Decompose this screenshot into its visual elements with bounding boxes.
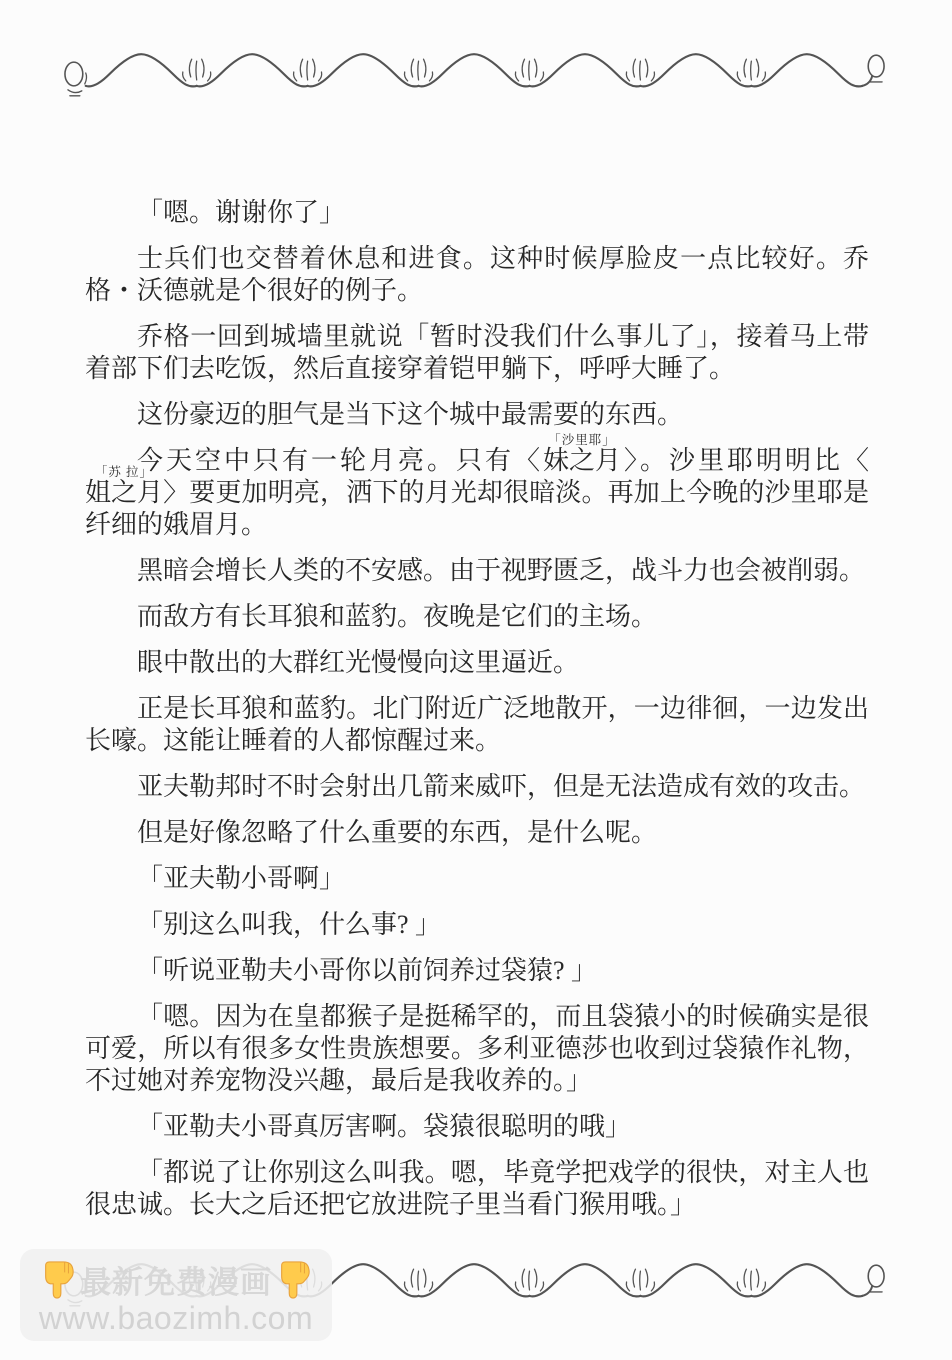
ruby-annotated-term: 「沙里耶」妹之月 <box>543 445 621 477</box>
paragraph-dialogue: 「听说亚勒夫小哥你以前饲养过袋猿? 」 <box>85 955 869 987</box>
ruby-base: 妹之月 <box>543 446 621 475</box>
paragraph-dialogue: 「都说了让你别这么叫我。嗯，毕竟学把戏学的很快，对主人也很忠诚。长大之后还把它放… <box>85 1157 869 1221</box>
text-segment: 〉。沙里耶明明比〈 <box>621 446 869 475</box>
pointing-down-icon <box>275 1259 313 1301</box>
paragraph-dialogue: 「嗯。因为在皇都猴子是挺稀罕的，而且袋猿小的时候确实是很可爱，所以有很多女性贵族… <box>85 1001 869 1097</box>
paragraph: 眼中散出的大群红光慢慢向这里逼近。 <box>85 647 869 679</box>
pointing-down-icon <box>39 1259 77 1301</box>
paragraph: 黑暗会增长人类的不安感。由于视野匮乏，战斗力也会被削弱。 <box>85 555 869 587</box>
paragraph-dialogue: 「别这么叫我，什么事? 」 <box>85 909 869 941</box>
paragraph: 乔格一回到城墙里就说「暂时没我们什么事儿了」，接着马上带着部下们去吃饭，然后直接… <box>85 321 869 385</box>
watermark-url[interactable]: www.baozimh.com <box>39 1302 313 1334</box>
paragraph: 正是长耳狼和蓝豹。北门附近广泛地散开，一边徘徊，一边发出长嚎。这能让睡着的人都惊… <box>85 693 869 757</box>
watermark-label: 最新免费漫画 <box>80 1257 272 1302</box>
paragraph: 「嗯。谢谢你了」 <box>85 197 869 229</box>
text-segment: 今天空中只有一轮月亮。只有〈 <box>137 446 543 475</box>
paragraph: 亚夫勒邦时不时会射出几箭来威吓，但是无法造成有效的攻击。 <box>85 771 869 803</box>
paragraph: 这份豪迈的胆气是当下这个城中最需要的东西。 <box>85 399 869 431</box>
top-flourish-divider <box>60 44 892 104</box>
paragraph-dialogue: 「亚勒夫小哥真厉害啊。袋猿很聪明的哦」 <box>85 1111 869 1143</box>
paragraph-moons: 今天空中只有一轮月亮。只有〈「沙里耶」妹之月〉。沙里耶明明比〈「苏 拉」姐之月〉… <box>85 445 869 541</box>
watermark-badge[interactable]: 最新免费漫画 www.baozimh.com <box>20 1249 332 1341</box>
paragraph: 士兵们也交替着休息和进食。这种时候厚脸皮一点比较好。乔格・沃德就是个很好的例子。 <box>85 243 869 307</box>
watermark-title-row: 最新免费漫画 <box>39 1259 313 1301</box>
paragraph-dialogue: 「亚夫勒小哥啊」 <box>85 863 869 895</box>
novel-page: 「嗯。谢谢你了」 士兵们也交替着休息和进食。这种时候厚脸皮一点比较好。乔格・沃德… <box>0 0 952 1360</box>
ruby-text: 「沙里耶」 <box>548 434 616 447</box>
text-segment: 〉要更加明亮，洒下的月光却很暗淡。再加上今晚的沙里耶是纤细的娥眉月。 <box>85 478 869 539</box>
paragraph: 但是好像忽略了什么重要的东西，是什么呢。 <box>85 817 869 849</box>
ruby-text: 「苏 拉」 <box>95 466 153 479</box>
paragraph: 而敌方有长耳狼和蓝豹。夜晚是它们的主场。 <box>85 601 869 633</box>
ruby-base: 姐之月 <box>85 478 163 507</box>
novel-text-block: 「嗯。谢谢你了」 士兵们也交替着休息和进食。这种时候厚脸皮一点比较好。乔格・沃德… <box>85 197 869 1235</box>
ruby-annotated-term: 「苏 拉」姐之月 <box>85 477 163 509</box>
